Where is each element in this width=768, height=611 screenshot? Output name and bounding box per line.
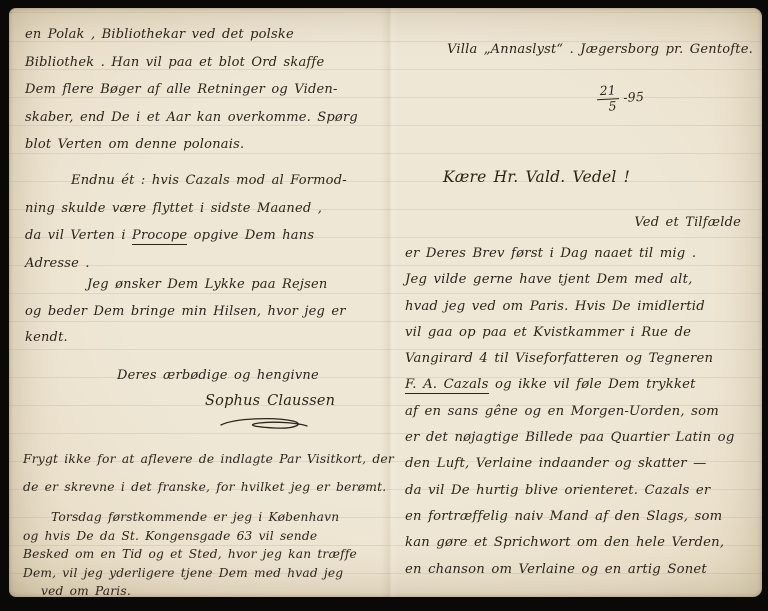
letter-line: og hvis De da St. Kongensgade 63 vil sen… [23, 527, 379, 546]
paragraph-3: Jeg ønsker Dem Lykke paa Rejsen og beder… [25, 272, 377, 352]
letter-date: 215-95 [598, 83, 644, 113]
letter-line: vil gaa op paa et Kvistkammer i Rue de [405, 320, 755, 346]
letter-page-left: en Polak , Bibliothekar ved det polske B… [9, 8, 381, 597]
sender-address: Villa „Annaslyst“ . Jægersborg pr. Gento… [399, 42, 755, 57]
date-fraction: 215 [598, 84, 622, 113]
letter-line: Torsdag førstkommende er jeg i København [23, 508, 379, 527]
letter-line: ning skulde være flyttet i sidste Maaned… [25, 195, 377, 223]
letter-line: en Polak , Bibliothekar ved det polske [25, 21, 377, 49]
line-text: da vil Verten i [25, 228, 132, 243]
letter-line: af en sans gêne og en Morgen-Uorden, som [405, 399, 755, 425]
letter-line: da vil De hurtig blive orienteret. Cazal… [405, 478, 755, 504]
letter-line: Bibliothek . Han vil paa et blot Ord ska… [25, 49, 377, 77]
letter-line: en chanson om Verlaine og en artig Sonet [405, 557, 755, 583]
letter-line: Besked om en Tid og et Sted, hvor jeg ka… [23, 545, 379, 564]
letter-line: Frygt ikke for at aflevere de indlagte P… [23, 446, 379, 474]
letter-line: Vangirard 4 til Viseforfatteren og Tegne… [405, 346, 755, 372]
line-text: opgive Dem hans [187, 228, 314, 243]
signature-flourish [215, 417, 311, 431]
paragraph-4: Torsdag førstkommende er jeg i København… [23, 508, 379, 601]
letter-line: de er skrevne i det franske, for hvilket… [23, 474, 379, 502]
letter-line: hvad jeg ved om Paris. Hvis De imidlerti… [405, 294, 755, 320]
letter-line: Endnu ét : hvis Cazals mod al Formod- [25, 167, 377, 195]
salutation: Kære Hr. Vald. Vedel ! [443, 168, 630, 186]
letter-page-right: Villa „Annaslyst“ . Jægersborg pr. Gento… [399, 8, 755, 597]
signature: Sophus Claussen [205, 393, 335, 409]
letter-line: den Luft, Verlaine indaander og skatter … [405, 451, 755, 477]
letter-line: blot Verten om denne polonais. [25, 131, 377, 159]
paragraph-2: Endnu ét : hvis Cazals mod al Formod- ni… [25, 167, 377, 277]
letter-line: ved om Paris. [23, 582, 379, 601]
letter-line: kan gøre et Sprichwort om den hele Verde… [405, 530, 755, 556]
letter-line: er Deres Brev først i Dag naaet til mig … [405, 241, 755, 267]
letter-line: F. A. Cazals og ikke vil føle Dem trykke… [405, 372, 755, 398]
letter-line: kendt. [25, 325, 377, 352]
date-year: -95 [623, 88, 644, 104]
letter-body: er Deres Brev først i Dag naaet til mig … [405, 241, 755, 583]
letter-line: og beder Dem bringe min Hilsen, hvor jeg… [25, 299, 377, 326]
letter-line: skaber, end De i et Aar kan overkomme. S… [25, 104, 377, 132]
underlined-word-procope: Procope [132, 228, 187, 245]
opening-phrase: Ved et Tilfælde [399, 215, 741, 230]
letter-line: Jeg ønsker Dem Lykke paa Rejsen [25, 272, 377, 299]
letter-line: er det nøjagtige Billede paa Quartier La… [405, 425, 755, 451]
postscript: Frygt ikke for at aflevere de indlagte P… [23, 446, 379, 501]
underlined-name-cazals: F. A. Cazals [405, 377, 489, 394]
letter-line: en fortræffelig naiv Mand af den Slags, … [405, 504, 755, 530]
paragraph-1: en Polak , Bibliothekar ved det polske B… [25, 21, 377, 159]
letter-photograph: en Polak , Bibliothekar ved det polske B… [0, 0, 768, 611]
letter-line: Dem, vil jeg yderligere tjene Dem med hv… [23, 564, 379, 583]
line-text: og ikke vil føle Dem trykket [489, 377, 696, 392]
letter-sheet: en Polak , Bibliothekar ved det polske B… [9, 8, 762, 597]
letter-line: da vil Verten i Procope opgive Dem hans [25, 222, 377, 250]
letter-line: Jeg vilde gerne have tjent Dem med alt, [405, 267, 755, 293]
center-fold [381, 8, 399, 597]
closing-phrase: Deres ærbødige og hengivne [117, 368, 319, 383]
letter-line: Dem flere Bøger af alle Retninger og Vid… [25, 76, 377, 104]
date-month: 5 [608, 99, 617, 113]
